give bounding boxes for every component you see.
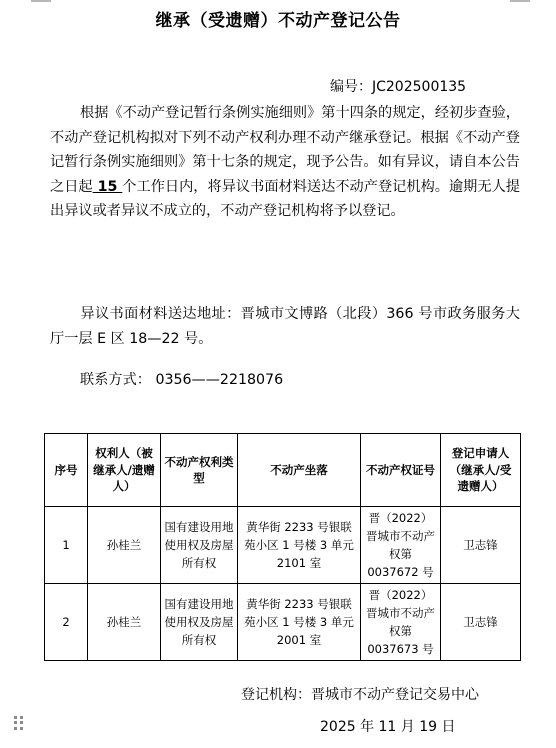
registration-table: 序号 权利人（被继承人/遗赠人） 不动产权利类型 不动产坐落 不动产权证号 登记…	[44, 433, 521, 661]
contact-paragraph: 联系方式： 0356——2218076	[50, 368, 520, 393]
objection-days: 15	[93, 179, 123, 195]
cell-no: 2	[45, 584, 88, 661]
cell-right-holder: 孙桂兰	[88, 584, 161, 661]
table-row: 1 孙桂兰 国有建设用地使用权及房屋所有权 黄华街 2233 号银联苑小区 1 …	[45, 507, 521, 584]
cell-certificate-no: 晋（2022）晋城市不动产权第 0037673 号	[361, 584, 441, 661]
header-location: 不动产坐落	[238, 434, 361, 507]
address-paragraph: 异议书面材料送达地址：晋城市文博路（北段）366 号市政务服务大厅一层 E 区 …	[50, 302, 520, 351]
address-text: 异议书面材料送达地址：晋城市文博路（北段）366 号市政务服务大厅一层 E 区 …	[50, 306, 520, 347]
notice-paragraph: 根据《不动产登记暂行条例实施细则》第十四条的规定，经初步查验，不动产登记机构拟对…	[50, 101, 520, 224]
page-title: 继承（受遗赠）不动产登记公告	[0, 6, 556, 31]
cell-location: 黄华街 2233 号银联苑小区 1 号楼 3 单元 2101 室	[238, 507, 361, 584]
grip-dots-icon[interactable]	[14, 716, 23, 730]
table-header-row: 序号 权利人（被继承人/遗赠人） 不动产权利类型 不动产坐落 不动产权证号 登记…	[45, 434, 521, 507]
cell-right-type: 国有建设用地使用权及房屋所有权	[161, 507, 238, 584]
cell-location: 黄华街 2233 号银联苑小区 1 号楼 3 单元 2001 室	[238, 584, 361, 661]
header-applicant: 登记申请人（继承人/受遗赠人）	[441, 434, 521, 507]
notice-date: 2025 年 11 月 19 日	[320, 716, 456, 736]
cell-right-type: 国有建设用地使用权及房屋所有权	[161, 584, 238, 661]
cell-no: 1	[45, 507, 88, 584]
page-corner-mark-right	[510, 0, 530, 2]
document-number: 编号：JC202500135	[330, 76, 466, 96]
registration-org: 登记机构：晋城市不动产登记交易中心	[241, 684, 479, 704]
header-right-holder: 权利人（被继承人/遗赠人）	[88, 434, 161, 507]
cell-certificate-no: 晋（2022）晋城市不动产权第 0037672 号	[361, 507, 441, 584]
contact-text: 联系方式： 0356——2218076	[80, 372, 283, 388]
cell-right-holder: 孙桂兰	[88, 507, 161, 584]
page-corner-mark-left	[31, 0, 51, 2]
cell-applicant: 卫志锋	[441, 507, 521, 584]
header-no: 序号	[45, 434, 88, 507]
header-right-type: 不动产权利类型	[161, 434, 238, 507]
table-row: 2 孙桂兰 国有建设用地使用权及房屋所有权 黄华街 2233 号银联苑小区 1 …	[45, 584, 521, 661]
cell-applicant: 卫志锋	[441, 584, 521, 661]
header-certificate-no: 不动产权证号	[361, 434, 441, 507]
